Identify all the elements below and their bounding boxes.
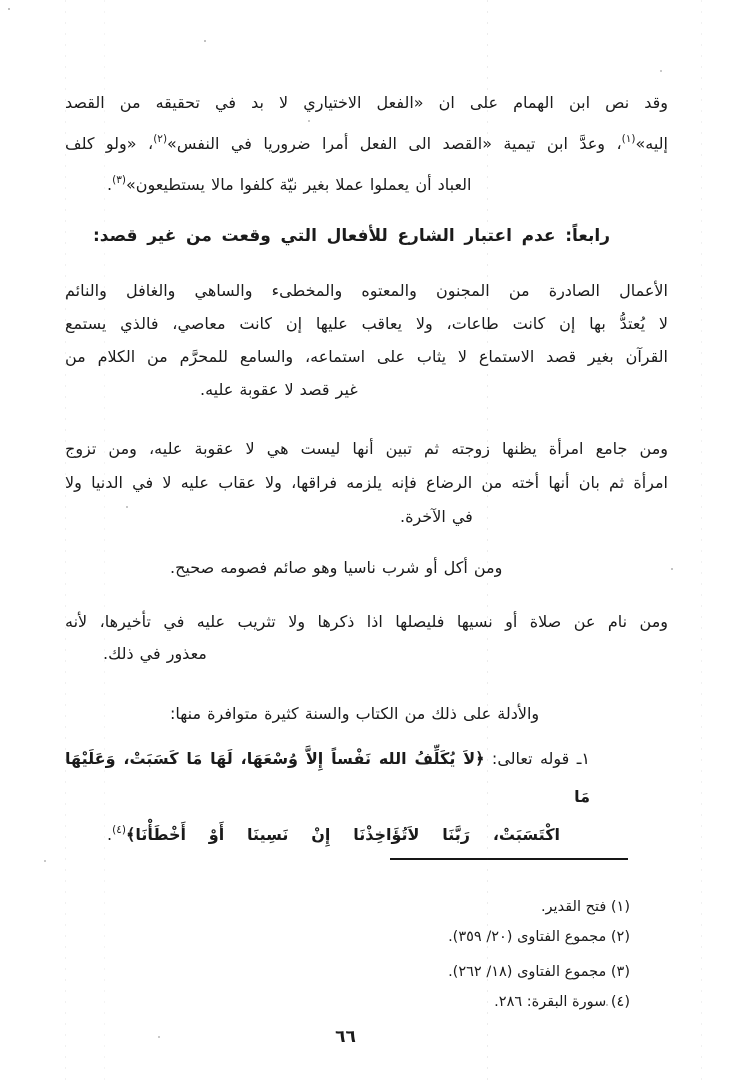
footnote-marker: (١) (622, 133, 636, 145)
footnote-separator (390, 858, 628, 860)
text-line: في الآخرة. (65, 500, 668, 534)
scan-speckles (8, 8, 10, 10)
page-number: ٦٦ (44, 1027, 647, 1047)
scan-noise-line (701, 0, 702, 1080)
section-heading-fourth: رابعاً: عدم اعتبار الشارع للأفعال التي و… (65, 223, 668, 250)
footnote-1: (١) فتح القدير. (65, 892, 630, 922)
text-line: الأعمال الصادرة من المجنون والمعتوه والم… (65, 274, 668, 307)
text-line: ومن جامع امرأة يظنها زوجته ثم تبين أنها … (65, 432, 668, 466)
text-line: معذور في ذلك. (65, 638, 668, 670)
text-line: ١ـ قوله تعالى: ﴿لاَ يُكَلِّفُ الله نَفْس… (65, 740, 668, 816)
footnote-3: (٣) مجموع الفتاوى (١٨/ ٢٦٢). (65, 957, 630, 987)
paragraph-quran-quote: ١ـ قوله تعالى: ﴿لاَ يُكَلِّفُ الله نَفْس… (65, 740, 668, 854)
text-line: والأدلة على ذلك من الكتاب والسنة كثيرة م… (65, 698, 668, 730)
paragraph-missed-prayer: ومن نام عن صلاة أو نسيها فليصلها اذا ذكر… (65, 606, 668, 670)
paragraph-mistaken-marriage: ومن جامع امرأة يظنها زوجته ثم تبين أنها … (65, 432, 668, 534)
text-line: ومن نام عن صلاة أو نسيها فليصلها اذا ذكر… (65, 606, 668, 638)
footnote-ref: (٤). (107, 825, 126, 844)
quote-intro: ١ـ قوله تعالى: (485, 749, 590, 768)
text-line: ومن أكل أو شرب ناسيا وهو صائم فصومه صحيح… (65, 552, 668, 584)
text-line: امرأة ثم بان أنها أخته من الرضاع فإنه يل… (65, 466, 668, 500)
footnote-2: (٢) مجموع الفتاوى (٢٠/ ٣٥٩). (65, 922, 630, 952)
footnote-marker: (٤) (112, 824, 126, 836)
text-line: إليه»(١)، وعدَّ ابن تيمية «القصد الى الف… (65, 123, 668, 164)
text-line: اكْتَسَبَتْ، رَبَّنَا لاَتُؤَاخِذْنَا إِ… (65, 816, 668, 854)
paragraph-ibn-alhumam: وقد نص ابن الهمام على ان «الفعل الاختيار… (65, 82, 668, 205)
text-line: وقد نص ابن الهمام على ان «الفعل الاختيار… (65, 82, 668, 123)
footnotes-block: (١) فتح القدير. (٢) مجموع الفتاوى (٢٠/ ٣… (65, 892, 668, 1017)
footnote-marker: (٢) (153, 133, 167, 145)
footnote-4: (٤) سورة البقرة: ٢٨٦. (65, 987, 630, 1017)
text-line: القرآن بغير قصد الاستماع لا يثاب على است… (65, 340, 668, 373)
text-line: غير قصد لا عقوبة عليه. (65, 373, 668, 406)
paragraph-forgetful-fasting: ومن أكل أو شرب ناسيا وهو صائم فصومه صحيح… (65, 552, 668, 584)
paragraph-evidence-intro: والأدلة على ذلك من الكتاب والسنة كثيرة م… (65, 698, 668, 730)
text-line: لا يُعتدُّ بها إن كانت طاعات، ولا يعاقب … (65, 307, 668, 340)
text-line: العباد أن يعملوا عملا بغير نيّة كلفوا ما… (65, 164, 668, 205)
scanned-book-page: وقد نص ابن الهمام على ان «الفعل الاختيار… (0, 0, 734, 1080)
paragraph-unintended-acts: الأعمال الصادرة من المجنون والمعتوه والم… (65, 274, 668, 406)
quran-verse-text: اكْتَسَبَتْ، رَبَّنَا لاَتُؤَاخِذْنَا إِ… (126, 825, 560, 844)
footnote-marker: (٣) (112, 174, 126, 186)
